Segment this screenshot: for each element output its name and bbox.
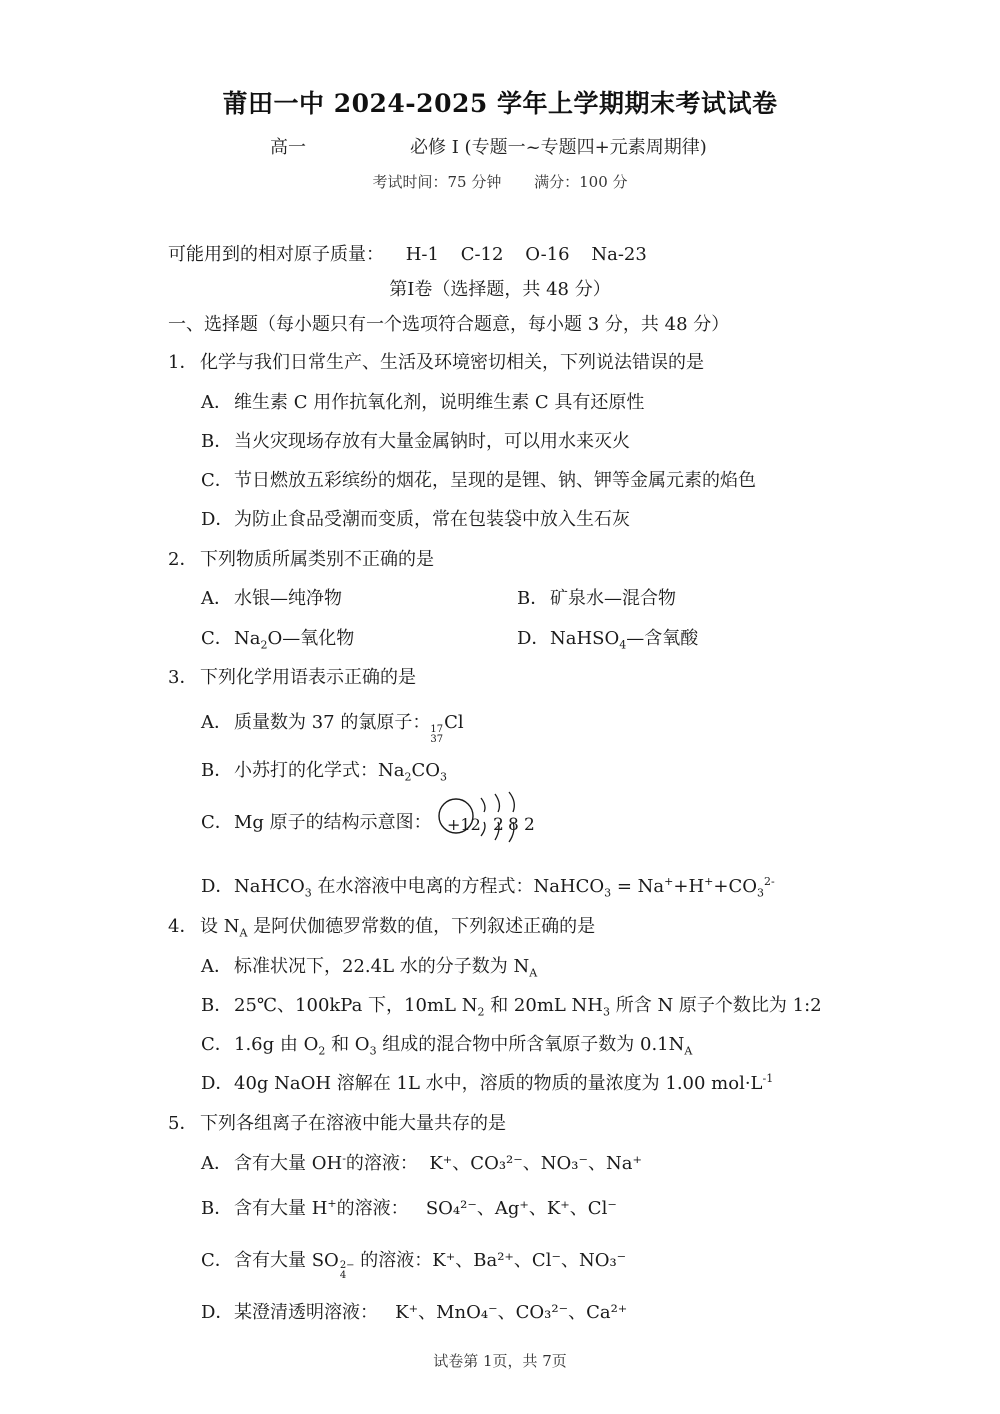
ion-list: K⁺、Ba²⁺、Cl⁻、NO₃⁻ [432,1250,626,1271]
mg-nucleus-charge: +12 [447,815,481,834]
question-4-option-a[interactable]: A．标准状况下，22.4L 水的分子数为 NA [201,952,537,978]
question-2-option-d[interactable]: D．NaHSO4—含氧酸 [517,624,698,650]
question-2-stem: 2．下列物质所属类别不正确的是 [168,545,434,571]
question-3-option-c[interactable]: C．Mg 原子的结构示意图： [201,800,537,846]
question-3-option-b[interactable]: B．小苏打的化学式：Na2CO3 [201,756,447,782]
question-4-option-d[interactable]: D．40g NaOH 溶解在 1L 水中，溶质的物质的量浓度为 1.00 mol… [201,1069,773,1095]
question-5-option-d[interactable]: D．某澄清透明溶液： K⁺、MnO₄⁻、CO₃²⁻、Ca²⁺ [201,1298,627,1324]
exam-time: 考试时间：75 分钟 [372,173,501,191]
mass-h: H-1 [406,244,439,265]
ion-list: K⁺、CO₃²⁻、NO₃⁻、Na⁺ [429,1153,642,1174]
exam-info: 考试时间：75 分钟 满分：100 分 [0,171,1000,192]
course-scope: 必修 I (专题一~专题四+元素周期律) [410,133,707,159]
question-5-option-b[interactable]: B．含有大量 H+的溶液： SO₄²⁻、Ag⁺、K⁺、Cl⁻ [201,1194,617,1220]
question-3-option-d[interactable]: D．NaHCO3 在水溶液中电离的方程式：NaHCO3 = Na++H++CO3… [201,872,775,898]
atomic-masses: 可能用到的相对原子质量： H-1 C-12 O-16 Na-23 [168,240,647,266]
mass-na: Na-23 [591,244,646,265]
mg-shell-1: 2 [493,815,504,835]
ion-list: SO₄²⁻、Ag⁺、K⁺、Cl⁻ [426,1198,617,1219]
question-5-option-a[interactable]: A．含有大量 OH-的溶液： K⁺、CO₃²⁻、NO₃⁻、Na⁺ [201,1149,642,1175]
question-1-option-c[interactable]: C．节日燃放五彩缤纷的烟花，呈现的是锂、钠、钾等金属元素的焰色 [201,466,756,492]
mg-shell-2: 8 [508,815,519,835]
question-4-option-b[interactable]: B．25℃、100kPa 下，10mL N2 和 20mL NH3 所含 N 原… [201,991,822,1017]
page-footer: 试卷第 1页，共 7页 [0,1350,1000,1371]
question-1-option-d[interactable]: D．为防止食品受潮而变质，常在包装袋中放入生石灰 [201,505,630,531]
ion-list: K⁺、MnO₄⁻、CO₃²⁻、Ca²⁺ [395,1302,627,1323]
mg-shell-3: 2 [524,815,535,835]
question-4-option-c[interactable]: C．1.6g 由 O2 和 O3 组成的混合物中所含氧原子数为 0.1NA [201,1030,692,1056]
full-score: 满分：100 分 [534,173,627,191]
question-2-option-c[interactable]: C．Na2O—氧化物 [201,624,354,650]
question-5-option-c[interactable]: C．含有大量 SO2−4 的溶液：K⁺、Ba²⁺、Cl⁻、NO₃⁻ [201,1246,626,1281]
mass-c: C-12 [461,244,504,265]
question-2-option-b[interactable]: B．矿泉水—混合物 [517,584,676,610]
atomic-masses-label: 可能用到的相对原子质量： [168,244,384,265]
exam-title: 莆田一中 2024-2025 学年上学期期末考试试卷 [0,84,1000,120]
section-title: 第Ⅰ卷（选择题，共 48 分） [0,275,1000,301]
grade-label: 高一 [270,133,306,159]
question-1-option-b[interactable]: B．当火灾现场存放有大量金属钠时，可以用水来灭火 [201,427,630,453]
question-1-stem: 1．化学与我们日常生产、生活及环境密切相关，下列说法错误的是 [168,348,704,374]
question-1-option-a[interactable]: A．维生素 C 用作抗氧化剂，说明维生素 C 具有还原性 [201,388,644,414]
question-4-stem: 4．设 NA 是阿伏伽德罗常数的值，下列叙述正确的是 [168,912,595,938]
question-3-stem: 3．下列化学用语表示正确的是 [168,663,416,689]
question-3-option-a[interactable]: A．质量数为 37 的氯原子：1737Cl [201,708,464,745]
question-2-option-a[interactable]: A．水银—纯净物 [201,584,342,610]
part-heading: 一、选择题（每小题只有一个选项符合题意，每小题 3 分，共 48 分） [168,310,729,336]
question-5-stem: 5．下列各组离子在溶液中能大量共存的是 [168,1109,506,1135]
isotope-notation: 1737 [430,725,443,745]
mass-o: O-16 [525,244,569,265]
